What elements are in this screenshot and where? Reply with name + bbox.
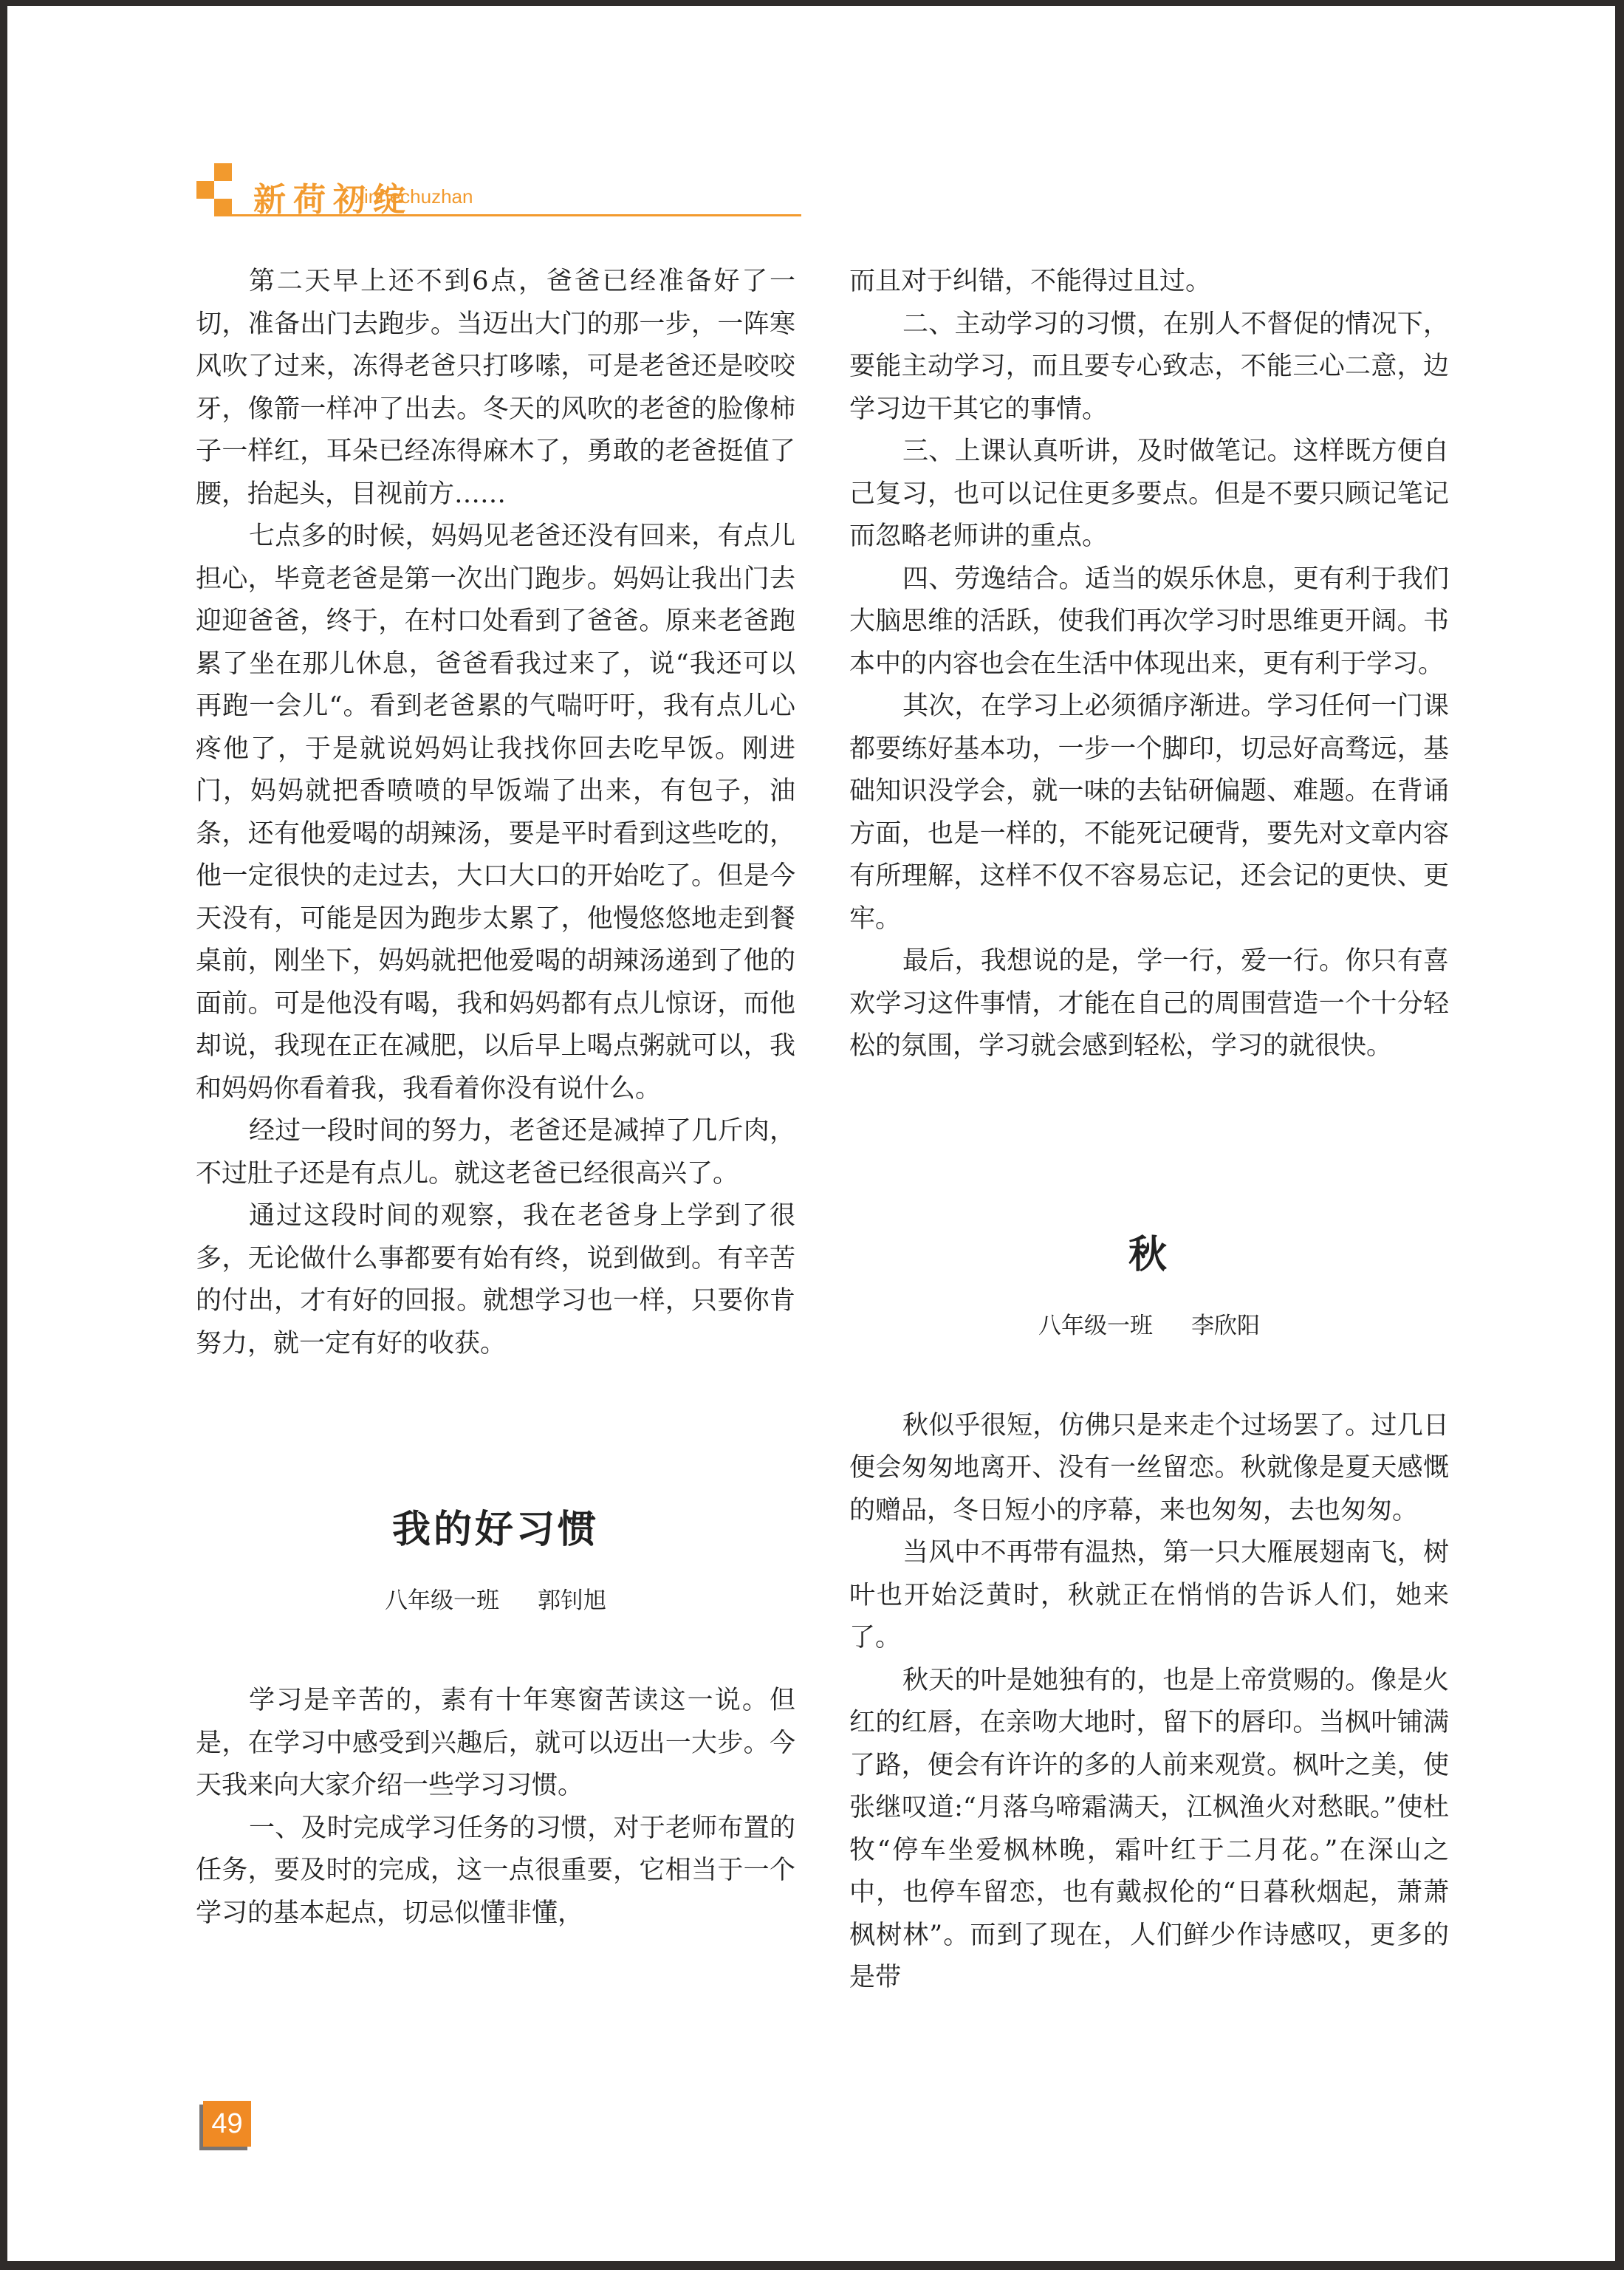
paragraph: 当风中不再带有温热，第一只大雁展翅南飞，树叶也开始泛黄时，秋就正在悄悄的告诉人们… bbox=[849, 1532, 1449, 1660]
header-divider bbox=[223, 214, 801, 216]
paragraph: 秋似乎很短，仿佛只是来走个过场罢了。过几日便会匆匆地离开、没有一丝留恋。秋就像是… bbox=[849, 1405, 1449, 1533]
paragraph: 一、及时完成学习任务的习惯，对于老师布置的任务，要及时的完成，这一点很重要，它相… bbox=[196, 1808, 795, 1935]
author-class: 八年级一班 bbox=[1038, 1307, 1153, 1340]
section-pinyin: xinhechuzhan bbox=[354, 185, 473, 208]
author-name: 李欣阳 bbox=[1191, 1307, 1260, 1340]
continued-article: 第二天早上还不到6点，爸爸已经准备好了一切，准备出门去跑步。当迈出大门的那一步，… bbox=[196, 261, 795, 1365]
right-column: 而且对于纠错，不能得过且过。 二、主动学习的习惯，在别人不督促的情况下，要能主动… bbox=[849, 261, 1449, 2000]
article-habits: 我的好习惯 八年级一班郭钊旭 学习是辛苦的，素有十年寒窗苦读这一说。但是，在学习… bbox=[196, 1498, 795, 1935]
page-number: 49 bbox=[203, 2101, 251, 2147]
paragraph: 而且对于纠错，不能得过且过。 bbox=[849, 261, 1449, 304]
paragraph: 通过这段时间的观察，我在老爸身上学到了很多，无论做什么事都要有始有终，说到做到。… bbox=[196, 1195, 795, 1365]
section-logo-icon bbox=[196, 163, 241, 216]
section-header: 新荷初绽 xinhechuzhan bbox=[7, 6, 1615, 242]
paragraph: 七点多的时候，妈妈见老爸还没有回来，有点儿担心，毕竟老爸是第一次出门跑步。妈妈让… bbox=[196, 516, 795, 1110]
article-habits-continued: 而且对于纠错，不能得过且过。 二、主动学习的习惯，在别人不督促的情况下，要能主动… bbox=[849, 261, 1449, 1068]
paragraph: 第二天早上还不到6点，爸爸已经准备好了一切，准备出门去跑步。当迈出大门的那一步，… bbox=[196, 261, 795, 516]
article-title: 秋 bbox=[849, 1223, 1449, 1279]
left-column: 第二天早上还不到6点，爸爸已经准备好了一切，准备出门去跑步。当迈出大门的那一步，… bbox=[196, 261, 795, 1935]
paragraph: 三、上课认真听讲，及时做笔记。这样既方便自己复习，也可以记住更多要点。但是不要只… bbox=[849, 431, 1449, 558]
magazine-page: 新荷初绽 xinhechuzhan 第二天早上还不到6点，爸爸已经准备好了一切，… bbox=[7, 6, 1615, 2261]
author-name: 郭钊旭 bbox=[538, 1582, 606, 1615]
article-byline: 八年级一班李欣阳 bbox=[849, 1307, 1449, 1340]
paragraph: 最后，我想说的是，学一行，爱一行。你只有喜欢学习这件事情，才能在自己的周围营造一… bbox=[849, 940, 1449, 1068]
paragraph: 学习是辛苦的，素有十年寒窗苦读这一说。但是，在学习中感受到兴趣后，就可以迈出一大… bbox=[196, 1680, 795, 1808]
article-autumn: 秋 八年级一班李欣阳 秋似乎很短，仿佛只是来走个过场罢了。过几日便会匆匆地离开、… bbox=[849, 1223, 1449, 2000]
paragraph: 秋天的叶是她独有的，也是上帝赏赐的。像是火红的红唇，在亲吻大地时，留下的唇印。当… bbox=[849, 1660, 1449, 2000]
paragraph: 经过一段时间的努力，老爸还是减掉了几斤肉，不过肚子还是有点儿。就这老爸已经很高兴… bbox=[196, 1110, 795, 1195]
paragraph: 二、主动学习的习惯，在别人不督促的情况下，要能主动学习，而且要专心致志，不能三心… bbox=[849, 304, 1449, 431]
paragraph: 四、劳逸结合。适当的娱乐休息，更有利于我们大脑思维的活跃，使我们再次学习时思维更… bbox=[849, 558, 1449, 686]
author-class: 八年级一班 bbox=[385, 1582, 499, 1615]
article-title: 我的好习惯 bbox=[196, 1498, 795, 1553]
paragraph: 其次，在学习上必须循序渐进。学习任何一门课都要练好基本功，一步一个脚印，切忌好高… bbox=[849, 686, 1449, 940]
article-byline: 八年级一班郭钊旭 bbox=[196, 1582, 795, 1615]
